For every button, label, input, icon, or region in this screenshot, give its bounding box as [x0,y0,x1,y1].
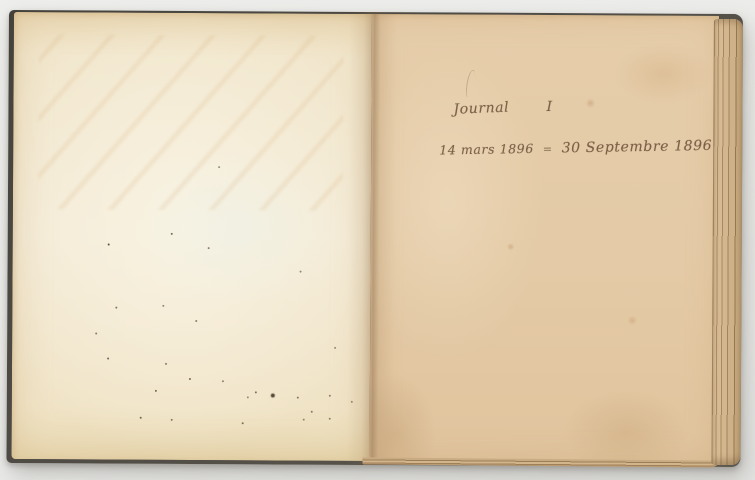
right-page: Journal I 14 mars 1896=30 Septembre 1896 [369,14,718,464]
handwritten-date-end: 30 Septembre 1896 [562,138,713,157]
scan-background: Journal I 14 mars 1896=30 Septembre 1896 [0,0,755,480]
paper-streaks [38,34,344,211]
fore-edge-page-stack [711,19,742,465]
handwritten-date-separator: = [543,143,553,156]
foxing-specks [14,12,16,14]
handwritten-title: Journal [453,100,509,118]
handwritten-date-start: 14 mars 1896 [439,141,534,158]
notebook: Journal I 14 mars 1896=30 Septembre 1896 [6,10,743,467]
handwritten-date-range: 14 mars 1896=30 Septembre 1896 [439,135,712,159]
faint-pencil-mark [465,69,477,98]
left-page [11,12,371,461]
handwritten-volume-numeral: I [546,99,552,115]
